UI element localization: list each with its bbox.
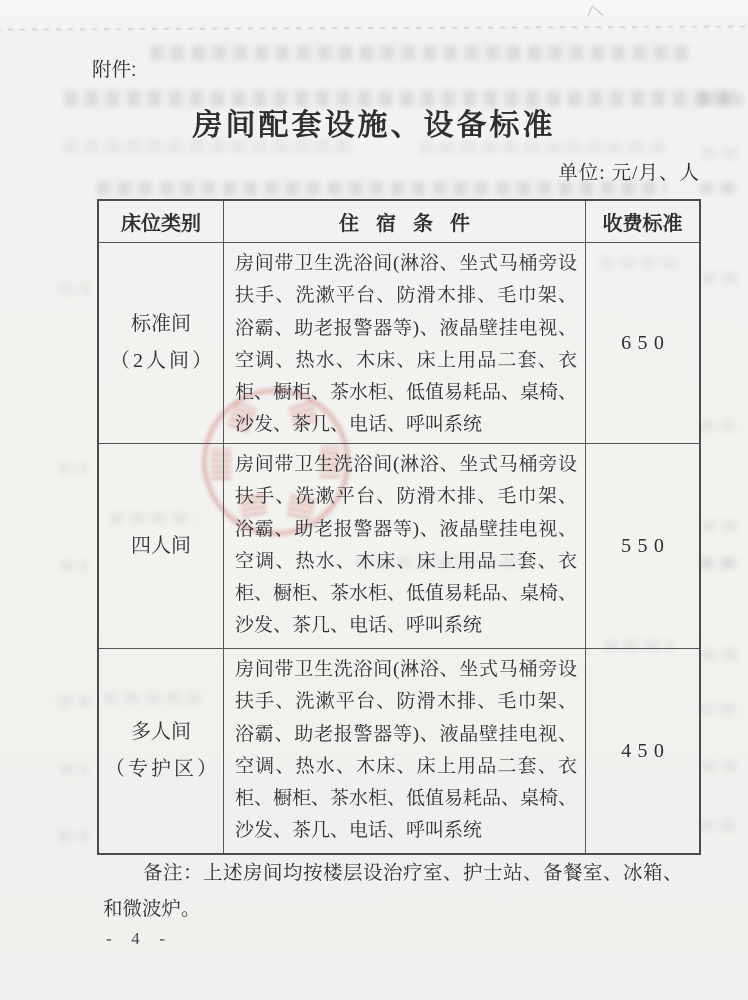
condition-line: 浴霸、助老报警器等)、液晶壁挂电视、 <box>235 719 577 751</box>
unit-label: 单位: 元/月、人 <box>558 157 700 185</box>
bleedthrough-smudge <box>700 703 742 715</box>
scan-artifact-mark <box>588 5 604 25</box>
scanned-document-page: { "document": { "attachment_label": "附件:… <box>0 0 748 1000</box>
page-number: - 4 - <box>106 929 173 949</box>
condition-line: 房间带卫生洗浴间(淋浴、坐式马桶旁设 <box>235 248 577 280</box>
bleedthrough-smudge <box>60 560 88 572</box>
condition-line: 空调、热水、木床、床上用品二套、衣 <box>235 751 577 783</box>
fee-cell: 550 <box>586 444 699 648</box>
category-name: 四人间 <box>131 528 191 565</box>
table-header-row: 床位类别 住宿条件 收费标准 <box>99 201 699 243</box>
condition-line: 房间带卫生洗浴间(淋浴、坐式马桶旁设 <box>235 654 577 686</box>
condition-line: 柜、橱柜、茶水柜、低值易耗品、桌椅、 <box>235 377 577 409</box>
table-row-multi-person-room: 多人间 （专护区） 房间带卫生洗浴间(淋浴、坐式马桶旁设 扶手、洗漱平台、防滑木… <box>99 649 699 853</box>
condition-line: 柜、橱柜、茶水柜、低值易耗品、桌椅、 <box>235 578 577 610</box>
condition-line: 扶手、洗漱平台、防滑木排、毛巾架、 <box>235 686 577 718</box>
header-fee: 收费标准 <box>586 201 699 242</box>
category-detail: （专护区） <box>105 751 220 788</box>
table-row-standard-room: 标准间 （2人间） 房间带卫生洗浴间(淋浴、坐式马桶旁设 扶手、洗漱平台、防滑木… <box>99 243 699 444</box>
category-name: 标准间 <box>131 306 191 343</box>
conditions-cell: 房间带卫生洗浴间(淋浴、坐式马桶旁设 扶手、洗漱平台、防滑木排、毛巾架、 浴霸、… <box>224 243 586 443</box>
category-name: 多人间 <box>131 714 191 751</box>
scan-artifact-line <box>0 25 748 30</box>
bleedthrough-smudge <box>702 147 742 159</box>
condition-line: 沙发、茶几、电话、呼叫系统 <box>235 815 577 847</box>
table-row-four-person-room: 四人间 房间带卫生洗浴间(淋浴、坐式马桶旁设 扶手、洗漱平台、防滑木排、毛巾架、… <box>99 444 699 649</box>
condition-line: 沙发、茶几、电话、呼叫系统 <box>235 409 577 441</box>
bleedthrough-smudge <box>702 760 742 772</box>
condition-line: 浴霸、助老报警器等)、液晶壁挂电视、 <box>235 514 577 546</box>
condition-line: 柜、橱柜、茶水柜、低值易耗品、桌椅、 <box>235 783 577 815</box>
footnote: 备注：上述房间均按楼层设治疗室、护士站、备餐室、冰箱、 和微波炉。 <box>103 856 709 928</box>
bleedthrough-smudge <box>700 557 742 569</box>
bleedthrough-smudge <box>700 419 742 432</box>
header-conditions: 住宿条件 <box>224 201 586 242</box>
footnote-line: 备注：上述房间均按楼层设治疗室、护士站、备餐室、冰箱、 <box>103 856 709 892</box>
condition-line: 浴霸、助老报警器等)、液晶壁挂电视、 <box>235 313 577 345</box>
fee-cell: 450 <box>586 649 699 853</box>
condition-line: 空调、热水、木床、床上用品二套、衣 <box>235 345 577 377</box>
fees-table: 床位类别 住宿条件 收费标准 标准间 （2人间） 房间带卫生洗浴间(淋浴、坐式马… <box>97 199 701 855</box>
bleedthrough-smudge <box>702 649 742 661</box>
bleedthrough-smudge <box>700 182 742 194</box>
bleedthrough-smudge <box>58 830 88 842</box>
header-bed-type: 床位类别 <box>99 201 224 242</box>
footnote-line: 和微波炉。 <box>103 892 709 928</box>
condition-line: 空调、热水、木床、床上用品二套、衣 <box>235 546 577 578</box>
bleedthrough-smudge <box>58 463 88 475</box>
bleedthrough-smudge <box>150 45 690 61</box>
conditions-cell: 房间带卫生洗浴间(淋浴、坐式马桶旁设 扶手、洗漱平台、防滑木排、毛巾架、 浴霸、… <box>224 649 586 853</box>
fee-cell: 650 <box>586 243 699 443</box>
bed-type-cell: 多人间 （专护区） <box>99 649 224 853</box>
bleedthrough-smudge <box>702 520 742 532</box>
attachment-label: 附件: <box>92 54 136 82</box>
condition-line: 沙发、茶几、电话、呼叫系统 <box>235 610 577 642</box>
bleedthrough-smudge <box>58 695 90 708</box>
bleedthrough-smudge <box>60 763 88 775</box>
bleedthrough-smudge <box>702 272 742 285</box>
bed-type-cell: 标准间 （2人间） <box>99 243 224 443</box>
condition-line: 扶手、洗漱平台、防滑木排、毛巾架、 <box>235 280 577 312</box>
condition-line: 房间带卫生洗浴间(淋浴、坐式马桶旁设 <box>235 449 577 481</box>
bleedthrough-smudge <box>700 820 742 832</box>
page-title: 房间配套设施、设备标准 <box>0 100 748 144</box>
condition-line: 扶手、洗漱平台、防滑木排、毛巾架、 <box>235 481 577 513</box>
bleedthrough-smudge <box>60 282 90 295</box>
category-detail: （2人间） <box>110 343 215 380</box>
conditions-cell: 房间带卫生洗浴间(淋浴、坐式马桶旁设 扶手、洗漱平台、防滑木排、毛巾架、 浴霸、… <box>224 444 586 648</box>
bed-type-cell: 四人间 <box>99 444 224 648</box>
